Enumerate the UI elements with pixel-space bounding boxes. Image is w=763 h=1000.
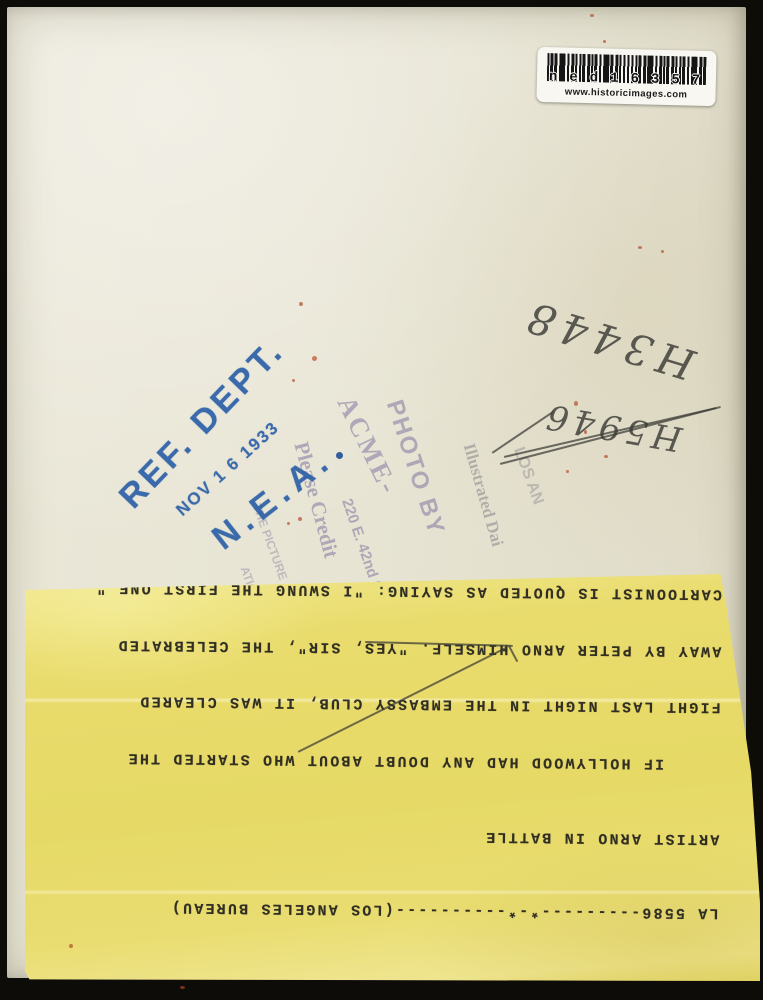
red-speck <box>298 517 302 521</box>
red-speck <box>574 401 578 406</box>
red-speck <box>604 455 608 458</box>
red-speck <box>180 986 185 989</box>
red-speck <box>299 302 303 306</box>
red-speck <box>566 470 569 473</box>
caption-text: LA 5586---------*-*----------(LOS ANGELE… <box>23 568 762 985</box>
caption-title: ARTIST ARNO IN BATTLE <box>24 821 719 847</box>
red-speck <box>584 430 587 434</box>
caption-line: IF HOLLYWOOD HAD ANY DOUBT ABOUT WHO STA… <box>25 746 720 772</box>
caption-slug: LA 5586---------*-*----------(LOS ANGELE… <box>24 896 719 922</box>
red-speck <box>292 379 295 382</box>
ink-dot <box>336 452 343 459</box>
red-speck <box>590 14 594 17</box>
caption-sheet: LA 5586---------*-*----------(LOS ANGELE… <box>25 572 760 981</box>
photo-back-scan: ned16357 www.historicimages.com PHOTO BY… <box>0 0 763 1000</box>
red-speck <box>287 522 290 525</box>
caption-line: AWAY BY PETER ARNO HIMSELF. "YES, SIR", … <box>26 633 721 659</box>
barcode-sticker: ned16357 www.historicimages.com <box>536 47 716 106</box>
red-speck <box>603 40 606 43</box>
red-speck <box>638 246 642 249</box>
red-speck <box>312 356 317 361</box>
red-speck <box>69 944 73 948</box>
red-speck <box>661 250 664 253</box>
